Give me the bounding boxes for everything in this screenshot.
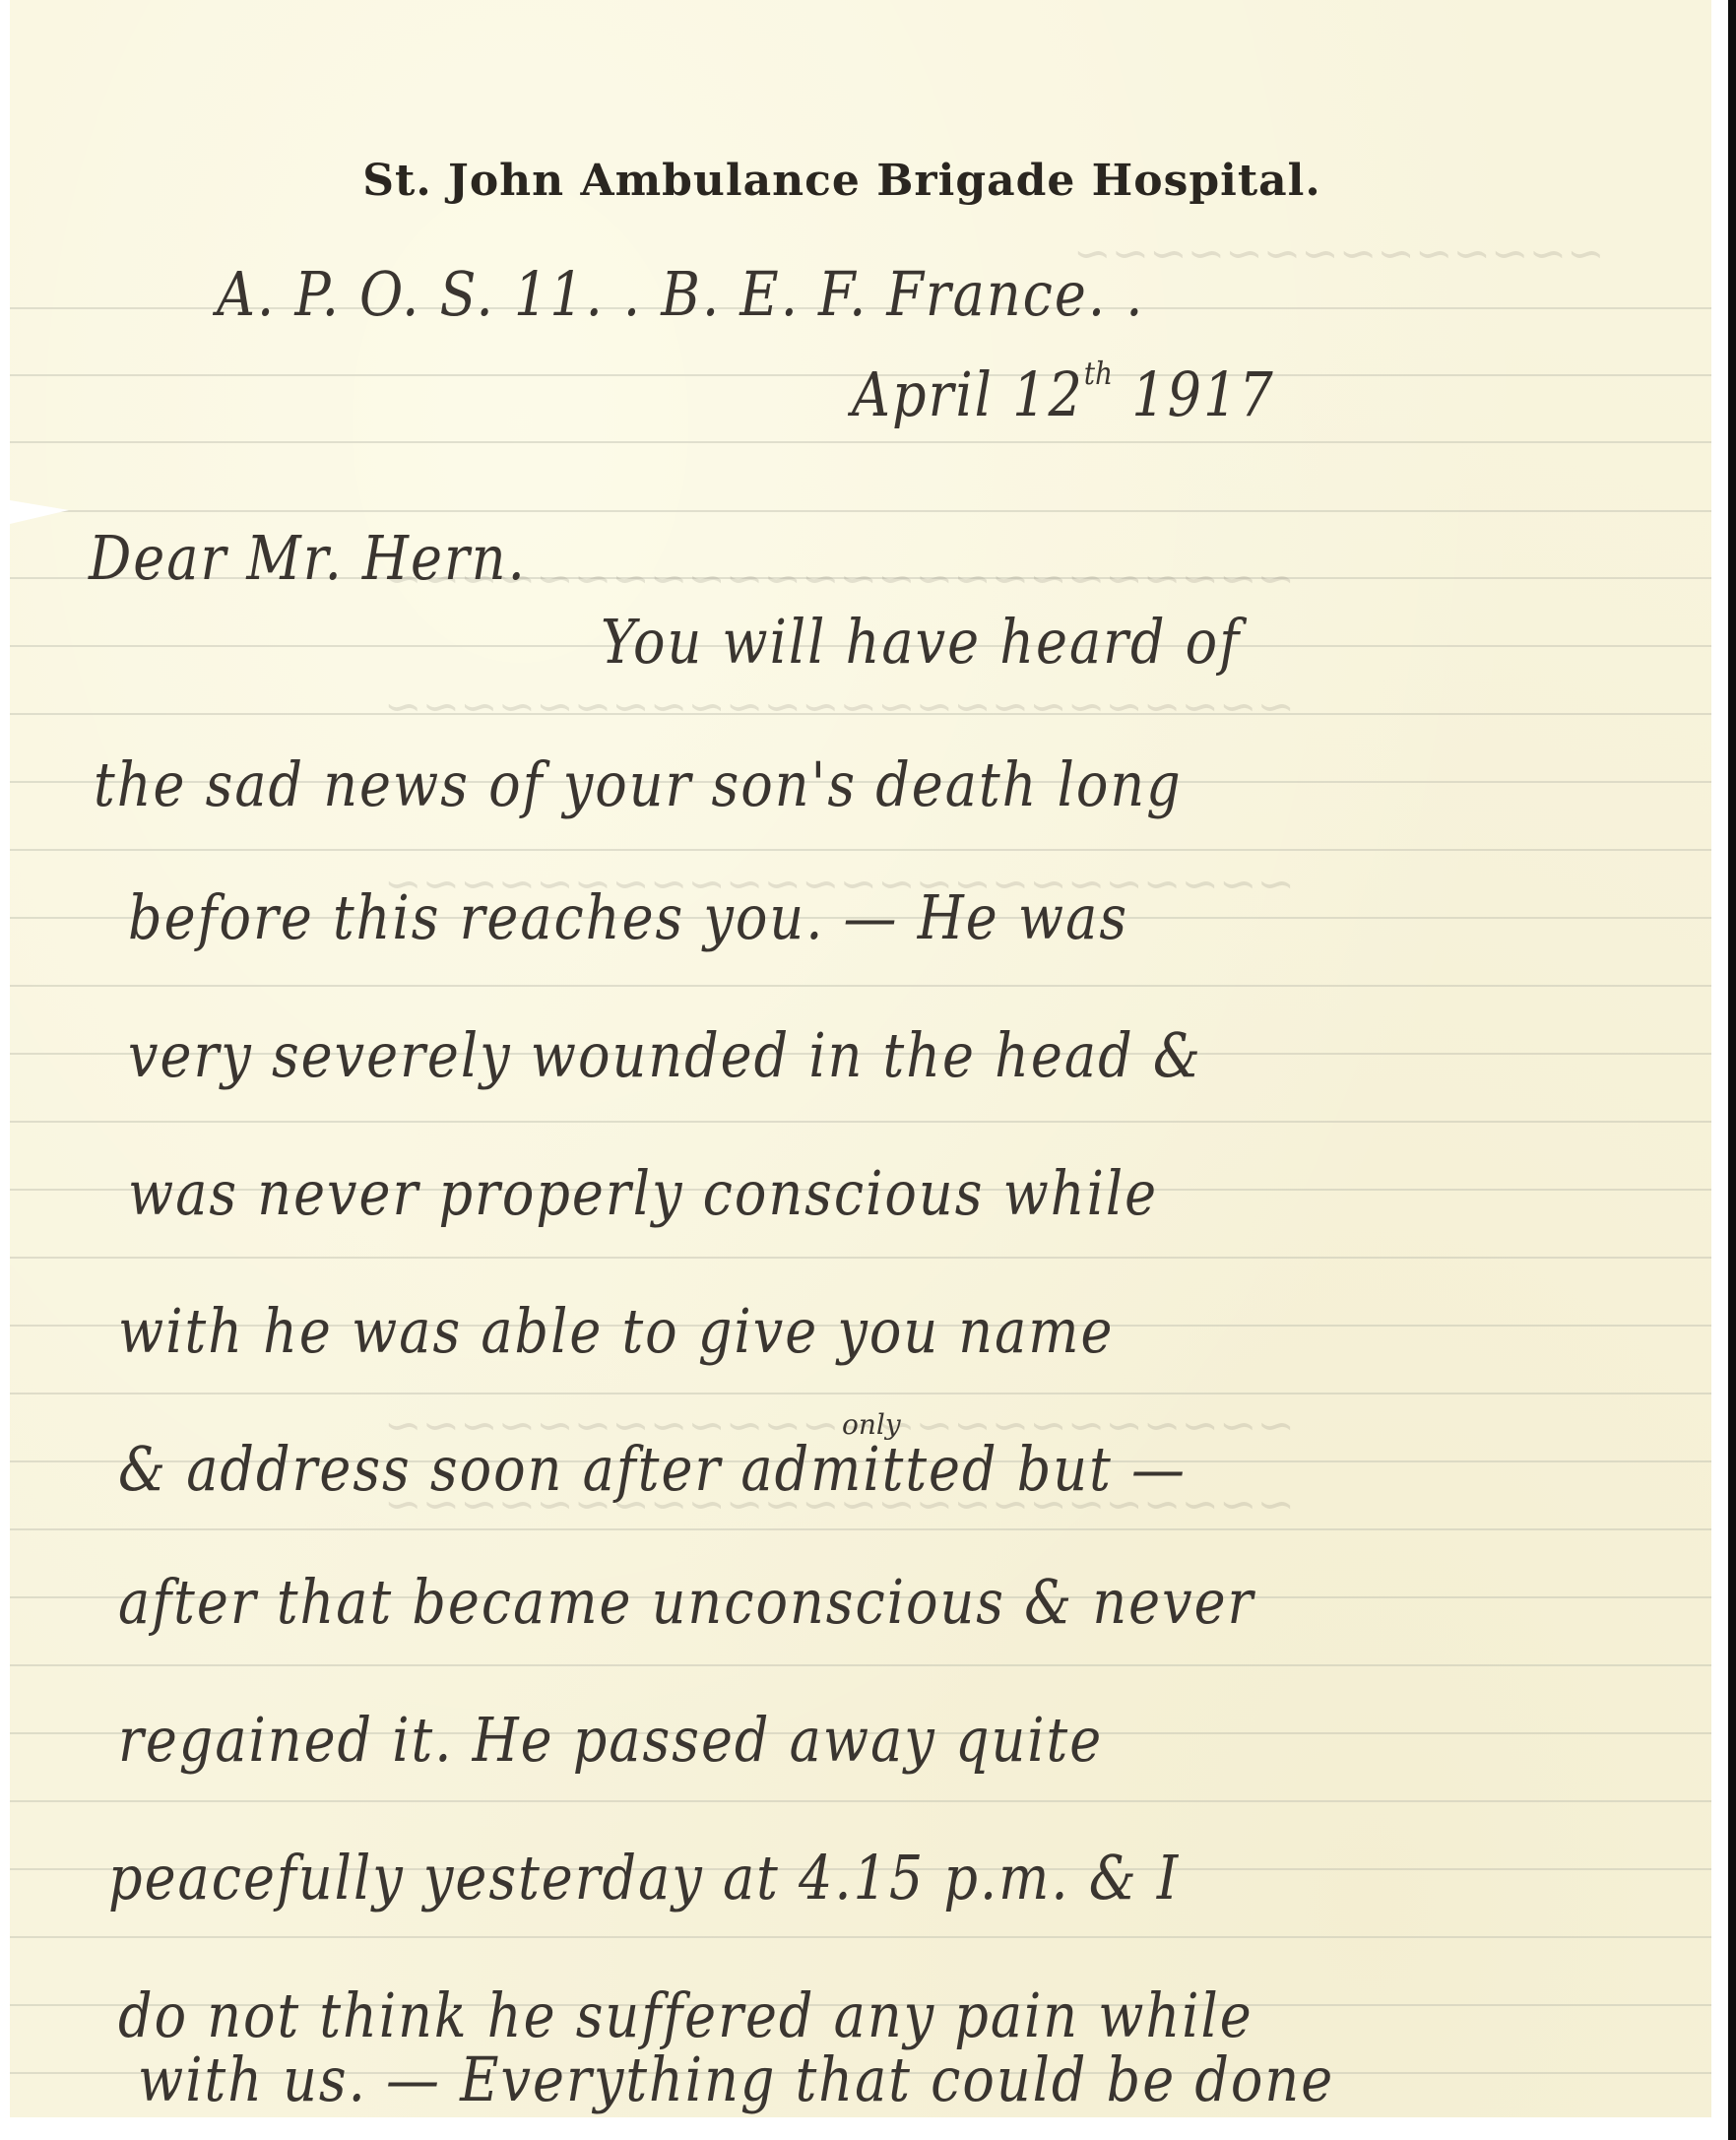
sender-address: A. P. O. S. 11. . B. E. F. France. . [217, 259, 1144, 330]
bleed-through-text: ~~~~~~~~~~~~~~~~~~~~~~~~ [384, 680, 1295, 733]
body-line: You will have heard of [601, 607, 1241, 678]
letterhead-title: St. John Ambulance Brigade Hospital. [10, 156, 1674, 206]
date-year: 1917 [1131, 359, 1274, 430]
date-suffix: th [1084, 355, 1113, 392]
body-line: very severely wounded in the head & [128, 1020, 1202, 1091]
ruled-line [10, 849, 1711, 851]
body-line: the sad news of your son's death long [94, 749, 1183, 820]
ruled-line [10, 1121, 1711, 1123]
bleed-through-text: ~~~~~~~~~~~~~~ [1073, 227, 1605, 280]
letter-date: April 12th 1917 [852, 355, 1275, 430]
ruled-line [10, 1257, 1711, 1259]
ruled-line [10, 985, 1711, 987]
body-line: peacefully yesterday at 4.15 p.m. & I [108, 1843, 1180, 1913]
body-line: before this reaches you. — He was [128, 882, 1128, 953]
ruled-line [10, 1664, 1711, 1666]
body-line: after that became unconscious & never [118, 1567, 1254, 1638]
body-line: was never properly conscious while [128, 1158, 1158, 1229]
scan-border [1728, 0, 1736, 2140]
letter-paper: ~~~~~~~~~~~~~~ ~~~~~~~~~~~~~~~~~~~~~~~~ … [10, 0, 1711, 2117]
ruled-line [10, 510, 1711, 512]
paper-tear [10, 500, 69, 524]
ruled-line [10, 1936, 1711, 1938]
salutation: Dear Mr. Hern. [89, 523, 527, 594]
body-line: do not think he suffered any pain while [118, 1980, 1254, 2051]
body-line: regained it. He passed away quite [118, 1705, 1103, 1776]
ruled-line [10, 1800, 1711, 1802]
body-line: with he was able to give you name [118, 1296, 1114, 1367]
body-line: with us. — Everything that could be done [138, 2044, 1334, 2115]
ruled-line [10, 1393, 1711, 1394]
date-month-day: April 12 [852, 359, 1084, 430]
body-line: & address soon after admitted but — [118, 1434, 1187, 1505]
ruled-line [10, 441, 1711, 443]
